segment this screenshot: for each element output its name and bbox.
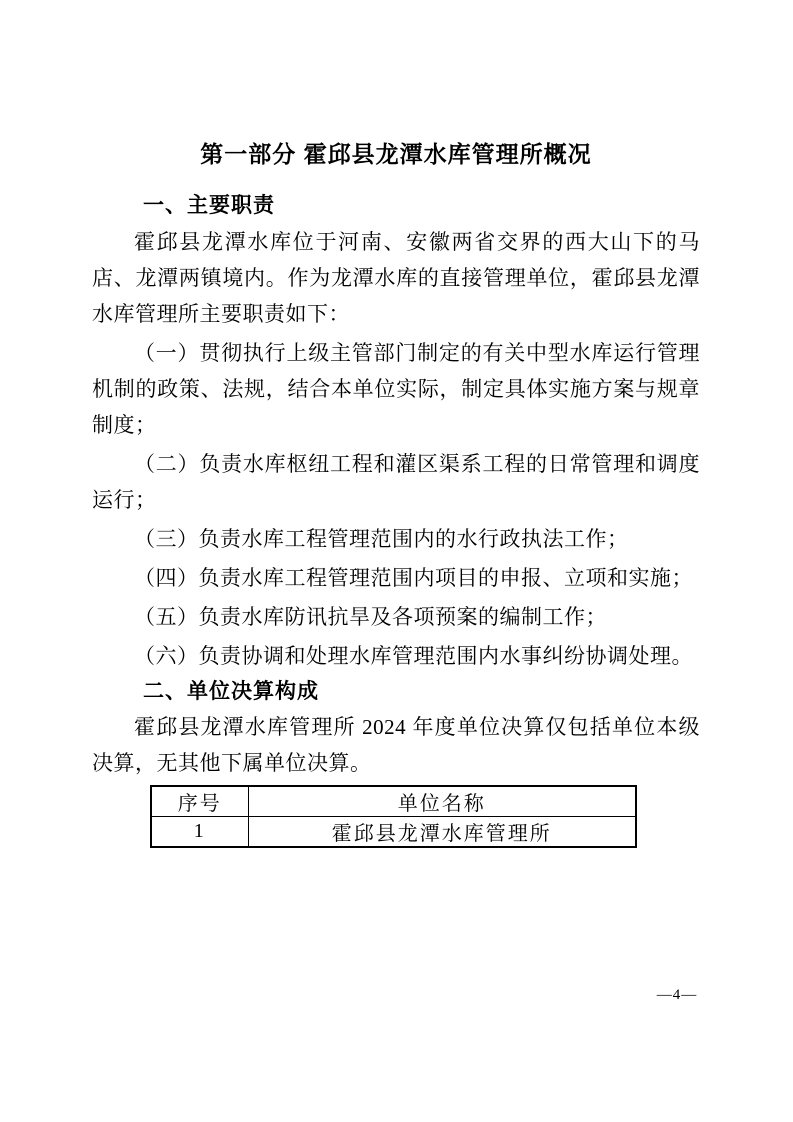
section-1-duty-1: （一）贯彻执行上级主管部门制定的有关中型水库运行管理机制的政策、法规，结合本单位…	[92, 335, 700, 443]
cell-unit-name: 霍邱县龙潭水库管理所	[248, 817, 636, 848]
section-1-heading: 一、主要职责	[92, 192, 700, 220]
table-row: 1 霍邱县龙潭水库管理所	[151, 817, 636, 848]
section-1-duty-4: （四）负责水库工程管理范围内项目的申报、立项和实施；	[92, 560, 700, 596]
column-header-serial-number: 序号	[151, 786, 248, 817]
document-page: 第一部分 霍邱县龙潭水库管理所概况 一、主要职责 霍邱县龙潭水库位于河南、安徽两…	[0, 0, 793, 1122]
table-header-row: 序号 单位名称	[151, 786, 636, 817]
document-body: 第一部分 霍邱县龙潭水库管理所概况 一、主要职责 霍邱县龙潭水库位于河南、安徽两…	[92, 141, 700, 848]
cell-serial-number: 1	[151, 817, 248, 848]
unit-composition-table: 序号 单位名称 1 霍邱县龙潭水库管理所	[150, 785, 637, 848]
section-1-duty-3: （三）负责水库工程管理范围内的水行政执法工作；	[92, 521, 700, 557]
section-2-heading: 二、单位决算构成	[92, 678, 700, 706]
section-1-duty-2: （二）负责水库枢纽工程和灌区渠系工程的日常管理和调度运行；	[92, 446, 700, 518]
section-1-paragraph-intro: 霍邱县龙潭水库位于河南、安徽两省交界的西大山下的马店、龙潭两镇境内。作为龙潭水库…	[92, 224, 700, 332]
section-2-paragraph: 霍邱县龙潭水库管理所 2024 年度单位决算仅包括单位本级决算，无其他下属单位决…	[92, 709, 700, 781]
page-number: —4—	[652, 987, 702, 1004]
section-1-duty-6: （六）负责协调和处理水库管理范围内水事纠纷协调处理。	[92, 638, 700, 674]
column-header-unit-name: 单位名称	[248, 786, 636, 817]
document-title: 第一部分 霍邱县龙潭水库管理所概况	[92, 141, 700, 168]
section-1-duty-5: （五）负责水库防讯抗旱及各项预案的编制工作；	[92, 599, 700, 635]
